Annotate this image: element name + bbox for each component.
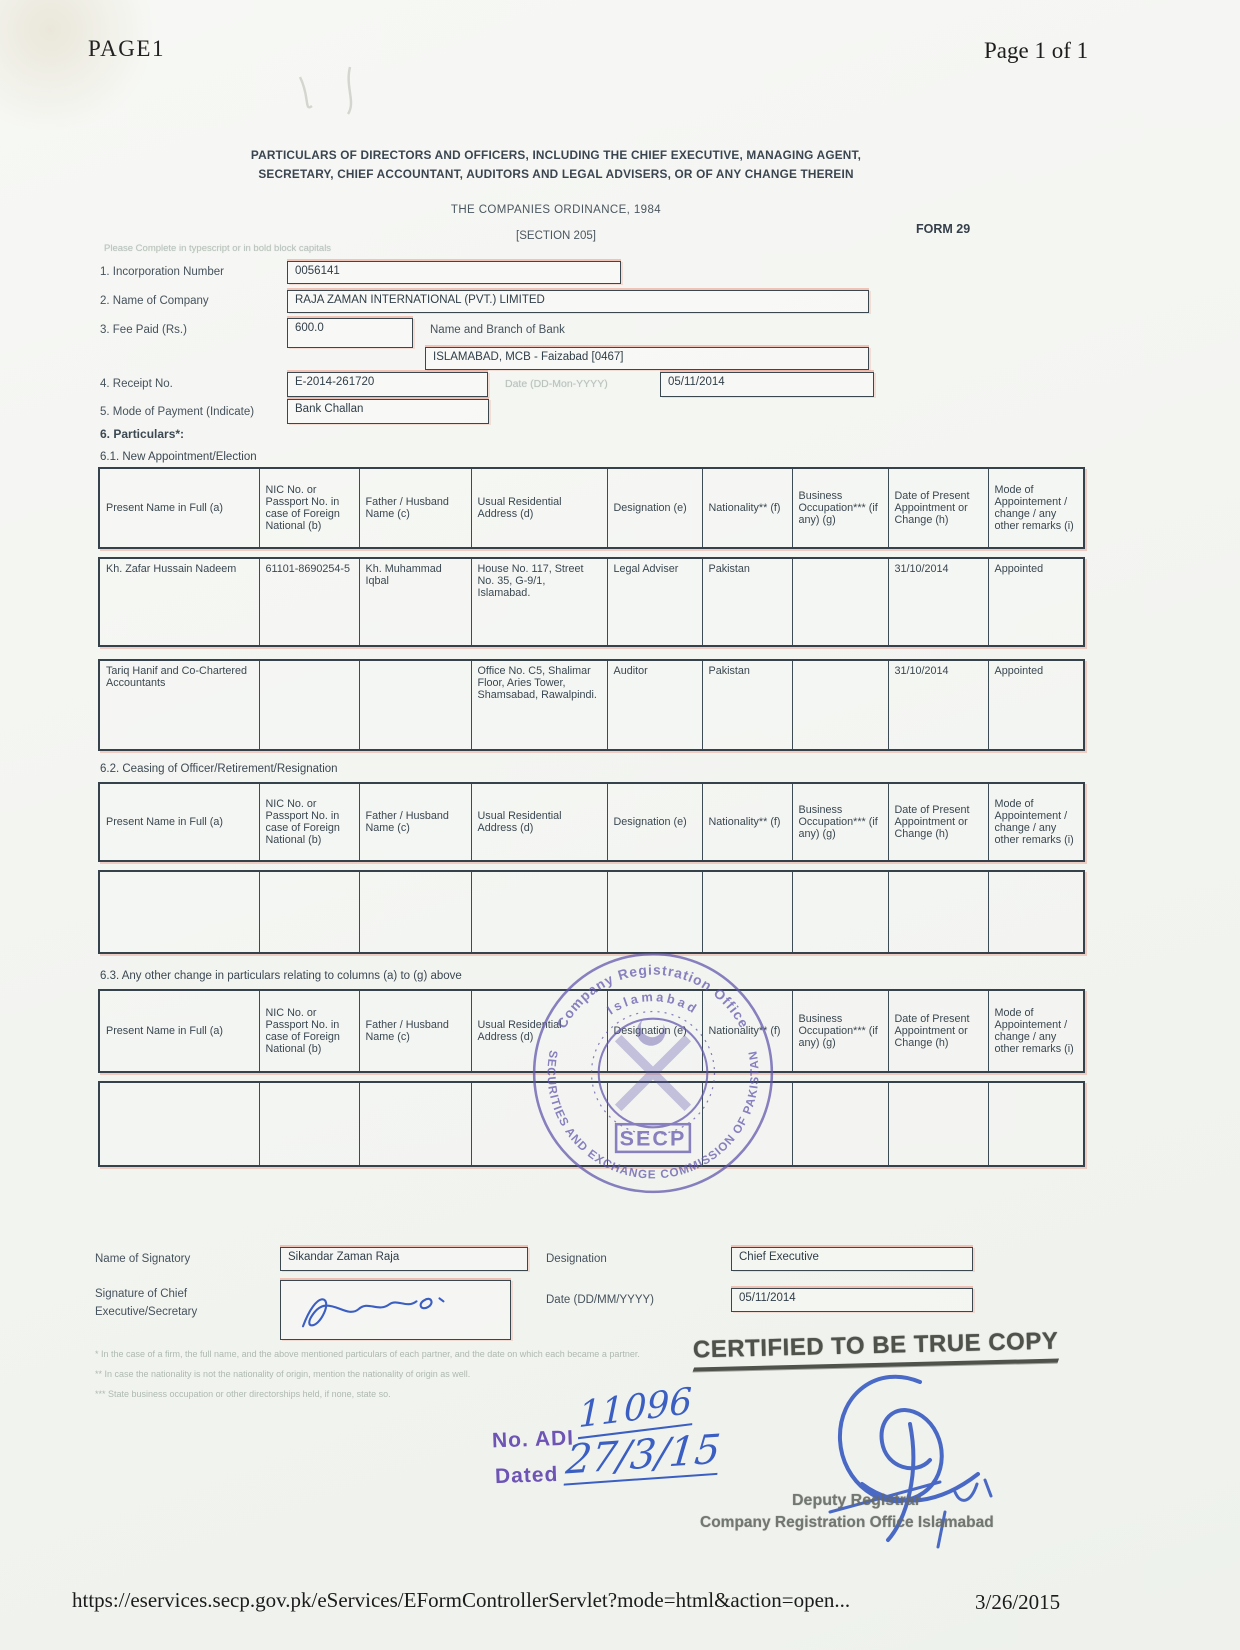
col-header: Date of Present Appointment or Change (h… bbox=[888, 990, 988, 1072]
col-header: NIC No. or Passport No. in case of Forei… bbox=[259, 783, 359, 861]
payment-mode-value: Bank Challan bbox=[287, 399, 489, 424]
pencil-mark bbox=[290, 62, 410, 122]
empty-cell bbox=[359, 871, 471, 953]
footnote: ** In case the nationality is not the na… bbox=[95, 1369, 470, 1379]
page-label: PAGE1 bbox=[88, 36, 165, 62]
footnote: *** State business occupation or other d… bbox=[95, 1389, 391, 1399]
cell-occupation bbox=[792, 660, 888, 750]
particulars-heading: 6. Particulars*: bbox=[100, 427, 184, 441]
deputy-registrar-stamp: Deputy Registrar bbox=[792, 1492, 921, 1510]
col-header: Nationality** (f) bbox=[702, 783, 792, 861]
receipt-date-value: 05/11/2014 bbox=[660, 372, 874, 397]
form-title-block: PARTICULARS OF DIRECTORS AND OFFICERS, I… bbox=[240, 146, 872, 242]
receipt-date-label: Date (DD-Mon-YYYY) bbox=[505, 378, 608, 390]
date-value: 05/11/2014 bbox=[731, 1288, 973, 1312]
col-header: Date of Present Appointment or Change (h… bbox=[888, 783, 988, 861]
table-6-1-row: Kh. Zafar Hussain Nadeem 61101-8690254-5… bbox=[98, 557, 1085, 647]
empty-cell bbox=[888, 871, 988, 953]
empty-cell bbox=[99, 871, 259, 953]
col-header: Business Occupation*** (if any) (g) bbox=[792, 783, 888, 861]
scanned-form-29-page: PAGE1 Page 1 of 1 PARTICULARS OF DIRECTO… bbox=[0, 0, 1240, 1650]
designation-label: Designation bbox=[546, 1253, 607, 1265]
empty-cell bbox=[471, 871, 607, 953]
col-header: Present Name in Full (a) bbox=[99, 468, 259, 548]
table-6-2-header: Present Name in Full (a) NIC No. or Pass… bbox=[98, 782, 1085, 862]
fill-instruction: Please Complete in typescript or in bold… bbox=[104, 243, 331, 254]
page-indicator: Page 1 of 1 bbox=[984, 38, 1088, 64]
table-6-1-header: Present Name in Full (a) NIC No. or Pass… bbox=[98, 467, 1085, 549]
stamp-secp-text: SECP bbox=[620, 1127, 687, 1151]
col-header: Father / Husband Name (c) bbox=[359, 990, 471, 1072]
footnote: * In the case of a firm, the full name, … bbox=[95, 1349, 640, 1359]
empty-cell bbox=[259, 871, 359, 953]
col-header: Mode of Appointement / change / any othe… bbox=[988, 783, 1084, 861]
col-header: Father / Husband Name (c) bbox=[359, 783, 471, 861]
empty-cell bbox=[359, 1082, 471, 1166]
no-adi-stamp: No. ADI bbox=[492, 1427, 575, 1454]
col-header: Usual Residential Address (d) bbox=[471, 783, 607, 861]
company-name-label: 2. Name of Company bbox=[100, 295, 209, 307]
col-header: Present Name in Full (a) bbox=[99, 990, 259, 1072]
section-6-3-heading: 6.3. Any other change in particulars rel… bbox=[100, 970, 462, 982]
signature-label: Signature of Chief Executive/Secretary bbox=[95, 1286, 255, 1322]
section-6-1-heading: 6.1. New Appointment/Election bbox=[100, 451, 257, 463]
cell-nic bbox=[259, 660, 359, 750]
col-header: Father / Husband Name (c) bbox=[359, 468, 471, 548]
cell-designation: Auditor bbox=[607, 660, 702, 750]
scan-stain bbox=[0, 0, 160, 130]
bank-label: Name and Branch of Bank bbox=[430, 324, 565, 336]
empty-cell bbox=[988, 871, 1084, 953]
dated-stamp: Dated bbox=[495, 1463, 559, 1489]
form-number: FORM 29 bbox=[916, 222, 970, 236]
empty-cell bbox=[792, 871, 888, 953]
svg-text:Islamabad: Islamabad bbox=[604, 989, 702, 1018]
col-header: Business Occupation*** (if any) (g) bbox=[792, 468, 888, 548]
payment-mode-label: 5. Mode of Payment (Indicate) bbox=[100, 406, 254, 418]
cell-address: House No. 117, Street No. 35, G-9/1, Isl… bbox=[471, 558, 607, 646]
empty-cell bbox=[259, 1082, 359, 1166]
fee-paid-value: 600.0 bbox=[287, 318, 413, 348]
col-header: Date of Present Appointment or Change (h… bbox=[888, 468, 988, 548]
cell-name: Kh. Zafar Hussain Nadeem bbox=[99, 558, 259, 646]
date-label: Date (DD/MM/YYYY) bbox=[546, 1294, 654, 1306]
cro-islamabad-stamp: Company Registration Office Islamabad bbox=[700, 1514, 994, 1532]
col-header: Business Occupation*** (if any) (g) bbox=[792, 990, 888, 1072]
section-line: [SECTION 205] bbox=[240, 230, 872, 242]
col-header: Usual Residential Address (d) bbox=[471, 468, 607, 548]
signatory-name-label: Name of Signatory bbox=[95, 1253, 190, 1265]
receipt-value: E-2014-261720 bbox=[287, 372, 488, 397]
col-header: Mode of Appointement / change / any othe… bbox=[988, 468, 1084, 548]
form-title: PARTICULARS OF DIRECTORS AND OFFICERS, I… bbox=[240, 146, 872, 184]
bank-value: ISLAMABAD, MCB - Faizabad [0467] bbox=[425, 347, 869, 370]
empty-cell bbox=[607, 871, 702, 953]
col-header: Nationality** (f) bbox=[702, 468, 792, 548]
stamp-ring-inner-text: Islamabad bbox=[604, 989, 702, 1018]
cell-father: Kh. Muhammad Iqbal bbox=[359, 558, 471, 646]
cell-address: Office No. C5, Shalimar Floor, Aries Tow… bbox=[471, 660, 607, 750]
cell-occupation bbox=[792, 558, 888, 646]
empty-cell bbox=[99, 1082, 259, 1166]
chief-executive-signature bbox=[288, 1284, 493, 1334]
col-header: NIC No. or Passport No. in case of Forei… bbox=[259, 468, 359, 548]
col-header: Present Name in Full (a) bbox=[99, 783, 259, 861]
table-6-2-row-empty bbox=[98, 870, 1085, 954]
company-name-value: RAJA ZAMAN INTERNATIONAL (PVT.) LIMITED bbox=[287, 290, 869, 313]
table-6-1-row: Tariq Hanif and Co-Chartered Accountants… bbox=[98, 659, 1085, 751]
signatory-name-value: Sikandar Zaman Raja bbox=[280, 1247, 528, 1271]
handwritten-date: 27/3/15 bbox=[564, 1426, 723, 1485]
cell-name: Tariq Hanif and Co-Chartered Accountants bbox=[99, 660, 259, 750]
cell-mode: Appointed bbox=[988, 660, 1084, 750]
empty-cell bbox=[888, 1082, 988, 1166]
fee-paid-label: 3. Fee Paid (Rs.) bbox=[100, 324, 187, 336]
scan-stain bbox=[20, 110, 110, 180]
empty-cell bbox=[988, 1082, 1084, 1166]
signature-box bbox=[280, 1280, 511, 1340]
col-header: Designation (e) bbox=[607, 468, 702, 548]
incorporation-value: 0056141 bbox=[287, 261, 621, 284]
company-registration-office-stamp: Company Registration Office Islamabad SE… bbox=[528, 948, 778, 1198]
empty-cell bbox=[792, 1082, 888, 1166]
section-6-2-heading: 6.2. Ceasing of Officer/Retirement/Resig… bbox=[100, 763, 338, 775]
cell-date: 31/10/2014 bbox=[888, 660, 988, 750]
empty-cell bbox=[702, 871, 792, 953]
cell-nic: 61101-8690254-5 bbox=[259, 558, 359, 646]
cell-date: 31/10/2014 bbox=[888, 558, 988, 646]
cell-mode: Appointed bbox=[988, 558, 1084, 646]
footer-date: 3/26/2015 bbox=[975, 1590, 1060, 1615]
cell-nationality: Pakistan bbox=[702, 558, 792, 646]
footer-url: https://eservices.secp.gov.pk/eServices/… bbox=[72, 1588, 850, 1613]
cell-nationality: Pakistan bbox=[702, 660, 792, 750]
ordinance-line: THE COMPANIES ORDINANCE, 1984 bbox=[240, 204, 872, 216]
cell-father bbox=[359, 660, 471, 750]
designation-value: Chief Executive bbox=[731, 1247, 973, 1271]
certified-text: CERTIFIED TO BE TRUE COPY bbox=[693, 1328, 1059, 1364]
incorporation-label: 1. Incorporation Number bbox=[100, 266, 224, 278]
col-header: Designation (e) bbox=[607, 783, 702, 861]
receipt-label: 4. Receipt No. bbox=[100, 378, 173, 390]
col-header: Mode of Appointement / change / any othe… bbox=[988, 990, 1084, 1072]
col-header: NIC No. or Passport No. in case of Forei… bbox=[259, 990, 359, 1072]
cell-designation: Legal Adviser bbox=[607, 558, 702, 646]
